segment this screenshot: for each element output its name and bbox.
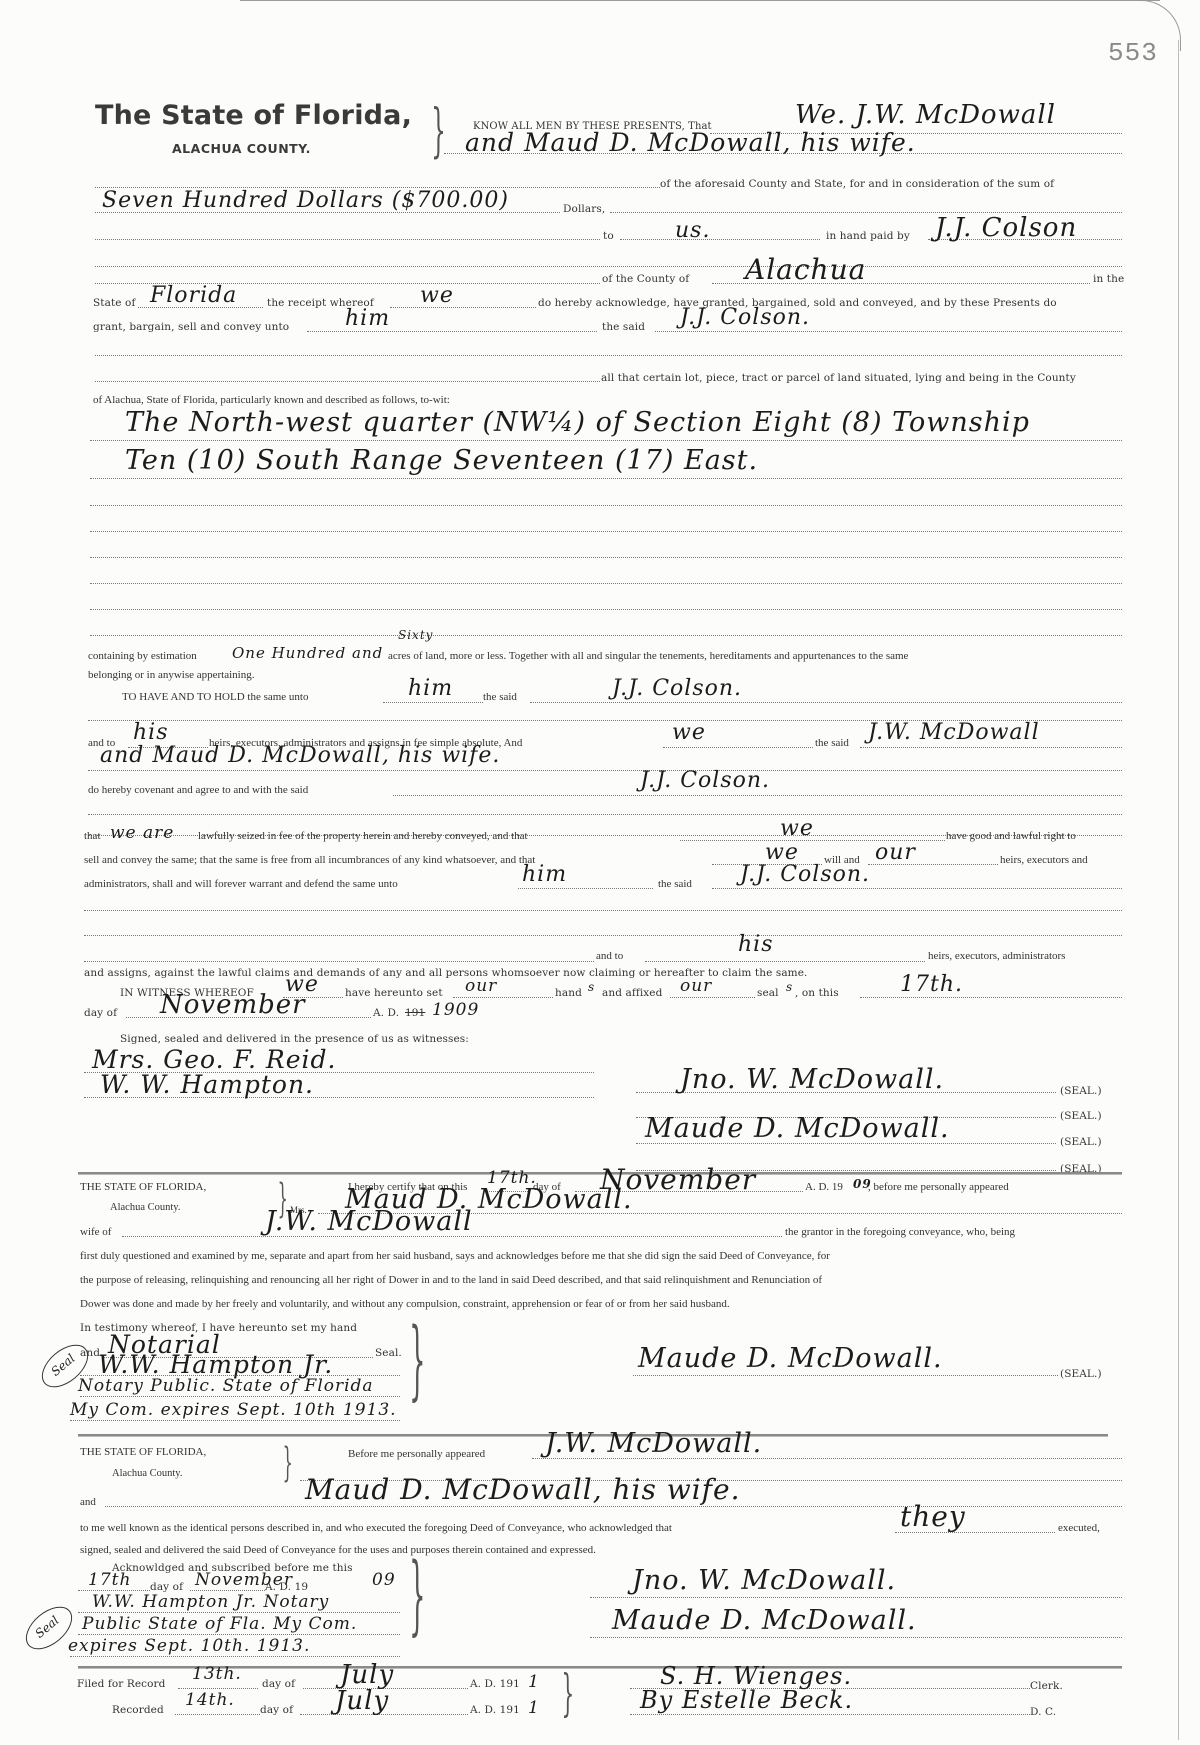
fill-line — [90, 635, 1122, 636]
recorded-day: 14th. — [185, 1690, 235, 1710]
executed-label: executed, — [1058, 1522, 1100, 1534]
description-line-1: The North-west quarter (NW¼) of Section … — [125, 407, 1030, 438]
brace: } — [431, 100, 446, 160]
filed-ad-label: A. D. 191 — [470, 1678, 520, 1690]
affixed-value: our — [680, 976, 712, 996]
dower-state: THE STATE OF FLORIDA, — [80, 1181, 206, 1193]
fill-line — [633, 1375, 1058, 1376]
fill-line — [105, 1506, 1122, 1507]
right-text: have good and lawful right to — [946, 830, 1076, 842]
in-the-label: in the — [1093, 273, 1124, 285]
set-value: our — [465, 976, 497, 996]
fill-line — [95, 239, 600, 240]
signed-text: Signed, sealed and delivered in the pres… — [120, 1033, 469, 1045]
ack-notary-line-1: W.W. Hampton Jr. Notary — [92, 1592, 329, 1612]
administrators-text: administrators, shall and will forever w… — [84, 878, 398, 890]
on-this-label: , on this — [795, 987, 839, 999]
wife-of-label: wife of — [80, 1226, 111, 1238]
seized-value: we — [780, 816, 814, 841]
ad-struck: 191 — [405, 1007, 425, 1019]
fill-line — [88, 814, 1122, 815]
fill-line — [655, 331, 1122, 332]
heirs-exec-2-text: heirs, executors, administrators — [928, 950, 1065, 962]
fill-line — [453, 997, 553, 998]
hand-suffix: s — [588, 980, 595, 994]
recorded-month: July — [335, 1686, 389, 1716]
said-value-line-2: and Maud D. McDowall, his wife. — [100, 743, 500, 768]
filed-ad-value: 1 — [528, 1672, 540, 1692]
fill-line — [90, 531, 1122, 532]
witness-2: W. W. Hampton. — [100, 1070, 314, 1099]
that-label: that — [84, 830, 101, 842]
defend-said-label: the said — [658, 878, 692, 890]
day-of-label: day of — [84, 1007, 117, 1019]
fill-line — [620, 239, 820, 240]
estimation-value: One Hundred and — [232, 644, 383, 662]
sell-text: sell and convey the same; that the same … — [84, 854, 535, 866]
county-heading: ALACHUA COUNTY. — [172, 141, 311, 156]
fill-line — [178, 1688, 258, 1689]
known-text: to me well known as the identical person… — [80, 1522, 672, 1534]
brace: } — [409, 1545, 425, 1645]
covenant-text: do hereby covenant and agree to and with… — [88, 784, 308, 796]
fill-line — [84, 961, 594, 962]
recorded-label: Recorded — [112, 1704, 164, 1716]
ad-value: 1909 — [432, 1000, 479, 1020]
grant-value: him — [345, 306, 390, 331]
fill-line — [78, 1612, 400, 1613]
county-of-value: Alachua — [745, 253, 866, 286]
fill-line — [860, 747, 1122, 748]
fill-line — [390, 307, 536, 308]
document-title: The State of Florida, — [95, 100, 412, 131]
dower-notary-line-3: My Com. expires Sept. 10th 1913. — [70, 1400, 397, 1420]
grantors-line-2: and Maud D. McDowall, his wife. — [465, 128, 916, 157]
fill-line — [80, 1396, 400, 1397]
dower-signature: Maude D. McDowall. — [638, 1343, 943, 1374]
ack-county: Alachua County. — [112, 1468, 182, 1479]
acres-text: acres of land, more or less. Together wi… — [388, 650, 908, 662]
fill-line — [590, 1637, 1122, 1638]
administrators-value: him — [522, 862, 567, 887]
estimation-superscript: Sixty — [398, 628, 433, 642]
sum-value: Seven Hundred Dollars ($700.00) — [102, 188, 509, 213]
dower-seal-label: Seal. — [375, 1347, 402, 1359]
filed-label: Filed for Record — [77, 1678, 166, 1690]
page-number: 553 — [1108, 38, 1158, 68]
said-label: the said — [815, 737, 849, 749]
day-of-value: November — [160, 990, 306, 1020]
dower-notary-line-2: Notary Public. State of Florida — [78, 1376, 374, 1396]
county-of-label: of the County of — [602, 273, 689, 285]
seized-text: lawfully seized in fee of the property h… — [198, 830, 528, 842]
ack-signature-2: Maude D. McDowall. — [612, 1605, 917, 1636]
hand-label: hand — [555, 987, 582, 999]
to-label: to — [603, 230, 614, 242]
heirs-exec-text: heirs, executors and — [1000, 854, 1088, 866]
fill-line — [712, 888, 1122, 889]
ack-state: THE STATE OF FLORIDA, — [80, 1446, 206, 1458]
fill-line — [84, 910, 1122, 911]
ack-signed-text: signed, sealed and delivered the said De… — [80, 1544, 596, 1556]
grantors-line-1: We. J.W. McDowall — [795, 100, 1056, 130]
dower-body-line-3: Dower was done and made by her freely an… — [80, 1298, 730, 1310]
said-value: J.W. McDowall — [868, 720, 1040, 745]
brace: } — [409, 1310, 425, 1410]
fill-line — [190, 1590, 265, 1591]
the-said-value: J.J. Colson. — [680, 305, 810, 330]
fill-line — [78, 1634, 400, 1635]
fill-line — [70, 1420, 400, 1421]
fill-line — [630, 1714, 1030, 1715]
fill-line — [645, 961, 925, 962]
fill-line — [70, 1656, 400, 1657]
fill-line — [663, 747, 813, 748]
and-to-value: his — [133, 720, 169, 745]
fill-line — [95, 266, 1122, 267]
estimation-label: containing by estimation — [88, 650, 197, 662]
covenant-value: J.J. Colson. — [640, 768, 770, 793]
ack-signature-1: Jno. W. McDowall. — [632, 1565, 896, 1596]
situated-text: all that certain lot, piece, tract or pa… — [601, 372, 1076, 384]
wife-of-value: J.W. McDowall — [265, 1206, 473, 1237]
deputy-label: D. C. — [1030, 1706, 1056, 1718]
seal-suffix: s — [786, 980, 793, 994]
seal-2: (SEAL.) — [1060, 1110, 1102, 1122]
fill-line — [860, 997, 1122, 998]
and-to-2-value: his — [738, 932, 774, 957]
paid-by-label: in hand paid by — [826, 230, 910, 242]
fill-line — [88, 770, 1122, 771]
page-edge — [1178, 40, 1179, 1740]
of-alachua-text: of Alachua, State of Florida, particular… — [93, 394, 450, 406]
known-value: they — [900, 1500, 966, 1533]
habendum-said-label: the said — [483, 691, 517, 703]
fill-line — [670, 997, 755, 998]
fill-line — [95, 355, 1122, 356]
fill-line — [518, 888, 653, 889]
filed-day-of-label: day of — [262, 1678, 295, 1690]
page-edge — [240, 0, 1160, 1]
fill-line — [78, 1590, 150, 1591]
ack-notary-line-3: expires Sept. 10th. 1913. — [68, 1636, 310, 1656]
receipt-value: we — [420, 283, 454, 308]
description-line-2: Ten (10) South Range Seventeen (17) East… — [125, 445, 758, 476]
fill-line — [95, 381, 600, 382]
stamp-text: Seal — [32, 1613, 61, 1641]
fill-line — [90, 440, 1122, 441]
clerk-label: Clerk. — [1030, 1680, 1063, 1692]
habendum-label: TO HAVE AND TO HOLD the same unto — [122, 691, 308, 703]
will-and-value: our — [875, 840, 916, 865]
set-label: have hereunto set — [345, 987, 443, 999]
deed-page: 553 The State of Florida, ALACHUA COUNTY… — [0, 0, 1200, 1745]
brace: } — [562, 1664, 575, 1722]
deputy-signature: By Estelle Beck. — [640, 1686, 853, 1714]
dower-seal-text: (SEAL.) — [1060, 1368, 1102, 1380]
and-to-2-label: and to — [596, 950, 623, 962]
habendum-value: him — [408, 676, 453, 701]
affixed-label: and affixed — [602, 987, 662, 999]
to-value: us. — [675, 218, 710, 243]
seal-label: seal — [757, 987, 779, 999]
fill-line — [307, 331, 597, 332]
and-value: we — [672, 720, 706, 745]
recorded-day-of-label: day of — [260, 1704, 293, 1716]
dower-appeared-text: , before me personally appeared — [868, 1181, 1009, 1193]
state-of-label: State of — [93, 297, 135, 309]
dower-county: Alachua County. — [110, 1202, 180, 1213]
dower-body-line-1: first duly questioned and examined by me… — [80, 1250, 830, 1262]
dollars-label: Dollars, — [563, 203, 605, 215]
fill-line — [590, 1597, 1122, 1598]
stamp-text: Seal — [48, 1351, 77, 1379]
state-of-value: Florida — [150, 283, 237, 308]
recorded-ad-value: 1 — [528, 1698, 540, 1718]
grantor-text: the grantor in the foregoing conveyance,… — [785, 1226, 1015, 1238]
on-this-value: 17th. — [900, 972, 963, 997]
ack-and-value: Maud D. McDowall, his wife. — [305, 1473, 741, 1506]
brace: } — [283, 1440, 293, 1486]
seal-3: (SEAL.) — [1060, 1136, 1102, 1148]
fill-line — [90, 557, 1122, 558]
recorded-ad-label: A. D. 191 — [470, 1704, 520, 1716]
dower-body-line-2: the purpose of releasing, relinquishing … — [80, 1274, 822, 1286]
fill-line — [84, 935, 1122, 936]
fill-line — [90, 609, 1122, 610]
ack-and-label: and — [80, 1496, 96, 1508]
paid-by-value: J.J. Colson — [935, 213, 1077, 243]
signature-1: Jno. W. McDowall. — [680, 1064, 944, 1095]
fill-line — [90, 505, 1122, 506]
ack-appeared-value: J.W. McDowall. — [545, 1428, 762, 1459]
ack-notary-line-2: Public State of Fla. My Com. — [82, 1614, 357, 1634]
the-said-label: the said — [602, 321, 645, 333]
defend-said-value: J.J. Colson. — [740, 862, 870, 887]
filed-day: 13th. — [192, 1664, 242, 1684]
fill-line — [393, 795, 1122, 796]
ack-ad-value: 09 — [372, 1570, 396, 1590]
dower-notary-line-1: W.W. Hampton Jr. — [98, 1350, 333, 1379]
fill-line — [530, 702, 1122, 703]
subscribed-day: 17th — [88, 1570, 131, 1590]
belonging-text: belonging or in anywise appertaining. — [88, 669, 255, 681]
ack-appeared-label: Before me personally appeared — [348, 1448, 485, 1460]
ad-label: A. D. — [373, 1007, 399, 1019]
signature-2: Maude D. McDowall. — [645, 1113, 950, 1144]
fill-line — [383, 702, 483, 703]
aforesaid-text: of the aforesaid County and State, for a… — [660, 178, 1054, 190]
dower-ad-label: A. D. 19 — [805, 1181, 843, 1193]
grant-text: grant, bargain, sell and convey unto — [93, 321, 289, 333]
fill-line — [175, 1714, 260, 1715]
fill-line — [90, 583, 1122, 584]
habendum-said-value: J.J. Colson. — [612, 676, 742, 701]
fill-line — [90, 478, 1122, 479]
that-value: we are — [110, 823, 174, 843]
seal-1: (SEAL.) — [1060, 1085, 1102, 1097]
